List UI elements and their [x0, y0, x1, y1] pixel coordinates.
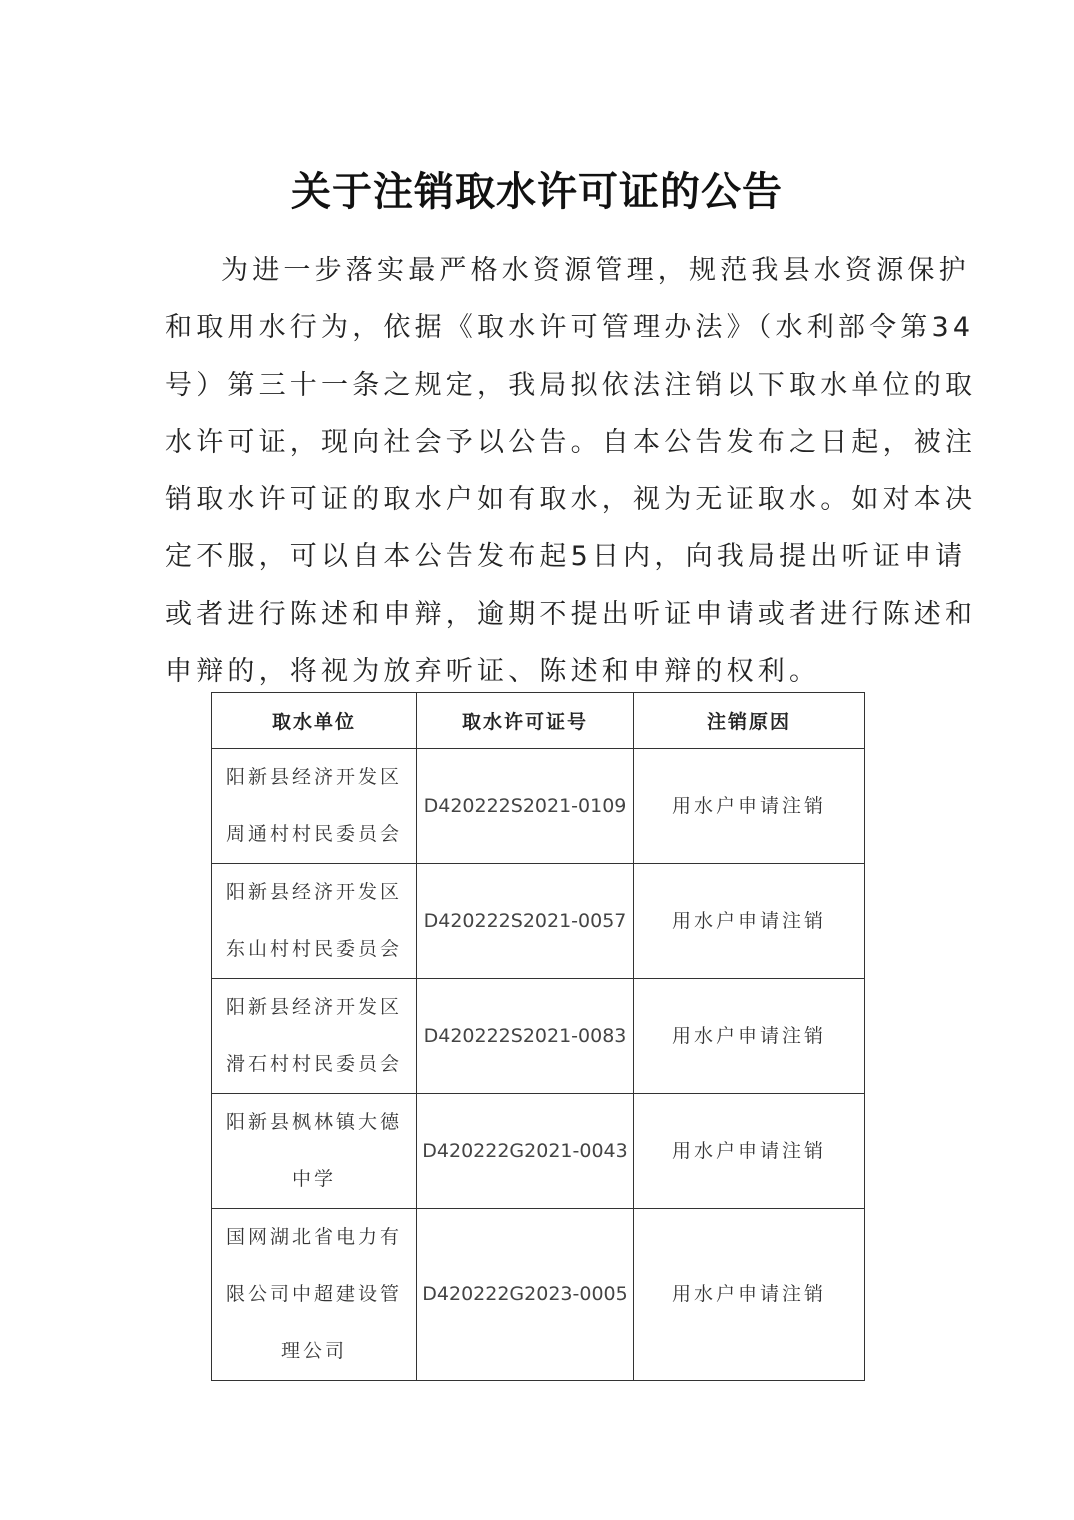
- table-row: 国网湖北省电力有 限公司中超建设管 理公司 D420222G2023-0005 …: [212, 1209, 865, 1381]
- cell-reason: 用水户申请注销: [634, 1209, 865, 1381]
- table-row: 阳新县经济开发区 周通村村民委员会 D420222S2021-0109 用水户申…: [212, 749, 865, 864]
- body-line: 定不服，可以自本公告发布起5日内，向我局提出听证申请: [165, 528, 913, 585]
- cell-unit: 阳新县经济开发区 滑石村村民委员会: [212, 979, 417, 1094]
- cell-reason: 用水户申请注销: [634, 1094, 865, 1209]
- body-line: 销取水许可证的取水户如有取水，视为无证取水。如对本决: [165, 471, 913, 528]
- cell-license: D420222S2021-0057: [417, 864, 634, 979]
- document-page: 关于注销取水许可证的公告 为进一步落实最严格水资源管理，规范我县水资源保护 和取…: [0, 0, 1074, 1520]
- table-header-row: 取水单位 取水许可证号 注销原因: [212, 693, 865, 749]
- body-line: 水许可证，现向社会予以公告。自本公告发布之日起，被注: [165, 414, 913, 471]
- unit-line: 东山村村民委员会: [222, 921, 406, 978]
- cell-unit: 阳新县经济开发区 东山村村民委员会: [212, 864, 417, 979]
- header-reason: 注销原因: [634, 693, 865, 749]
- table-row: 阳新县经济开发区 东山村村民委员会 D420222S2021-0057 用水户申…: [212, 864, 865, 979]
- cell-reason: 用水户申请注销: [634, 864, 865, 979]
- unit-line: 阳新县经济开发区: [222, 979, 406, 1036]
- unit-line: 周通村村民委员会: [222, 806, 406, 863]
- unit-line: 阳新县枫林镇大德: [222, 1094, 406, 1151]
- cancellation-table: 取水单位 取水许可证号 注销原因 阳新县经济开发区 周通村村民委员会 D4202…: [211, 692, 865, 1381]
- header-unit: 取水单位: [212, 693, 417, 749]
- cell-license: D420222G2021-0043: [417, 1094, 634, 1209]
- unit-line: 滑石村村民委员会: [222, 1036, 406, 1093]
- cell-license: D420222S2021-0083: [417, 979, 634, 1094]
- unit-line: 限公司中超建设管: [222, 1266, 406, 1323]
- table-row: 阳新县枫林镇大德 中学 D420222G2021-0043 用水户申请注销: [212, 1094, 865, 1209]
- cell-unit: 国网湖北省电力有 限公司中超建设管 理公司: [212, 1209, 417, 1381]
- unit-line: 阳新县经济开发区: [222, 864, 406, 921]
- unit-line: 中学: [222, 1151, 406, 1208]
- page-title: 关于注销取水许可证的公告: [0, 166, 1074, 218]
- cell-reason: 用水户申请注销: [634, 749, 865, 864]
- body-line: 和取用水行为，依据《取水许可管理办法》（水利部令第34: [165, 299, 913, 356]
- header-license-number: 取水许可证号: [417, 693, 634, 749]
- notice-body: 为进一步落实最严格水资源管理，规范我县水资源保护 和取用水行为，依据《取水许可管…: [165, 242, 913, 700]
- unit-line: 理公司: [222, 1323, 406, 1380]
- cell-license: D420222G2023-0005: [417, 1209, 634, 1381]
- unit-line: 国网湖北省电力有: [222, 1209, 406, 1266]
- cell-unit: 阳新县枫林镇大德 中学: [212, 1094, 417, 1209]
- cell-license: D420222S2021-0109: [417, 749, 634, 864]
- body-line: 或者进行陈述和申辩，逾期不提出听证申请或者进行陈述和: [165, 586, 913, 643]
- cell-reason: 用水户申请注销: [634, 979, 865, 1094]
- unit-line: 阳新县经济开发区: [222, 749, 406, 806]
- body-line: 号）第三十一条之规定，我局拟依法注销以下取水单位的取: [165, 357, 913, 414]
- table-row: 阳新县经济开发区 滑石村村民委员会 D420222S2021-0083 用水户申…: [212, 979, 865, 1094]
- body-line: 为进一步落实最严格水资源管理，规范我县水资源保护: [165, 242, 913, 299]
- cell-unit: 阳新县经济开发区 周通村村民委员会: [212, 749, 417, 864]
